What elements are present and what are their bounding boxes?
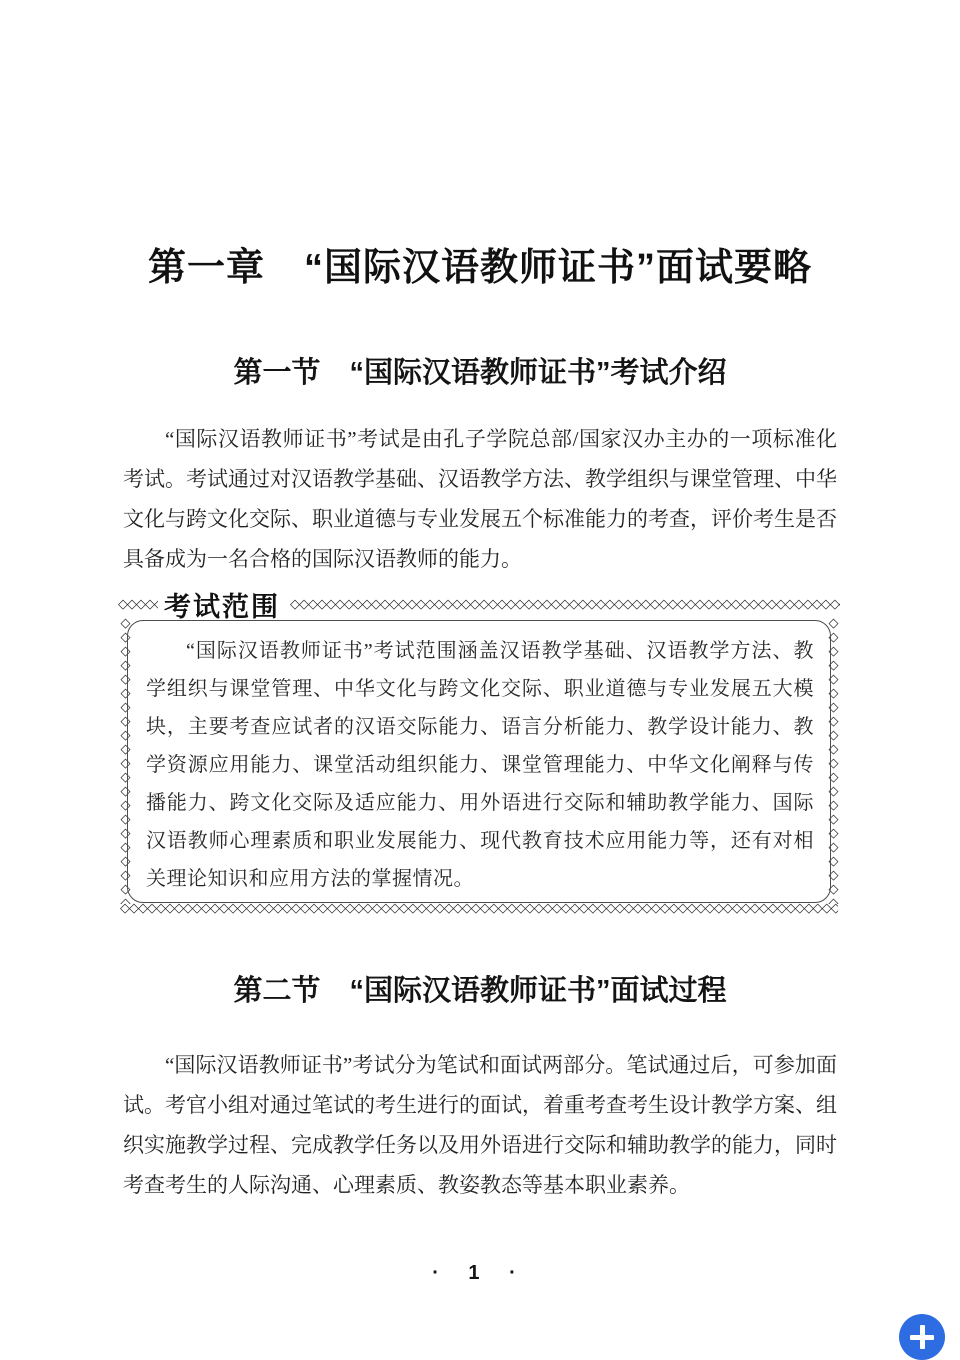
diamond-chain-top-right: ◇◇◇◇◇◇◇◇◇◇◇◇◇◇◇◇◇◇◇◇◇◇◇◇◇◇◇◇◇◇◇◇◇◇◇◇◇◇◇◇…	[290, 598, 840, 611]
exam-scope-box: ◇◇◇◇◇◇ 考试范围 ◇◇◇◇◇◇◇◇◇◇◇◇◇◇◇◇◇◇◇◇◇◇◇◇◇◇◇◇…	[118, 586, 840, 916]
diamond-chain-bottom: ◇◇◇◇◇◇◇◇◇◇◇◇◇◇◇◇◇◇◇◇◇◇◇◇◇◇◇◇◇◇◇◇◇◇◇◇◇◇◇◇…	[120, 902, 838, 916]
book-page: 第一章 “国际汉语教师证书”面试要略 第一节 “国际汉语教师证书”考试介绍 “国…	[0, 0, 960, 1354]
scope-box-top-border: ◇◇◇◇◇◇ 考试范围 ◇◇◇◇◇◇◇◇◇◇◇◇◇◇◇◇◇◇◇◇◇◇◇◇◇◇◇◇…	[118, 586, 840, 622]
section-1-title: 第一节 “国际汉语教师证书”考试介绍	[0, 350, 960, 391]
exam-scope-text: “国际汉语教师证书”考试范围涵盖汉语教学基础、汉语教学方法、教学组织与课堂管理、…	[146, 632, 814, 898]
diamond-chain-top-left: ◇◇◇◇◇◇	[118, 598, 158, 611]
intro-paragraph: “国际汉语教师证书”考试是由孔子学院总部/国家汉办主办的一项标准化考试。考试通过…	[123, 419, 837, 579]
fab-add-button[interactable]	[899, 1314, 945, 1354]
page-number: · 1 ·	[0, 1262, 960, 1285]
exam-scope-title: 考试范围	[158, 585, 290, 624]
plus-icon	[899, 1314, 945, 1354]
interview-paragraph: 考官小组对通过笔试的考生进行的面试，着重考查考生设计教学方案、组织实施教学过程、…	[123, 1085, 837, 1205]
section-2-title: 第二节 “国际汉语教师证书”面试过程	[0, 968, 960, 1009]
chapter-title: 第一章 “国际汉语教师证书”面试要略	[0, 236, 960, 291]
